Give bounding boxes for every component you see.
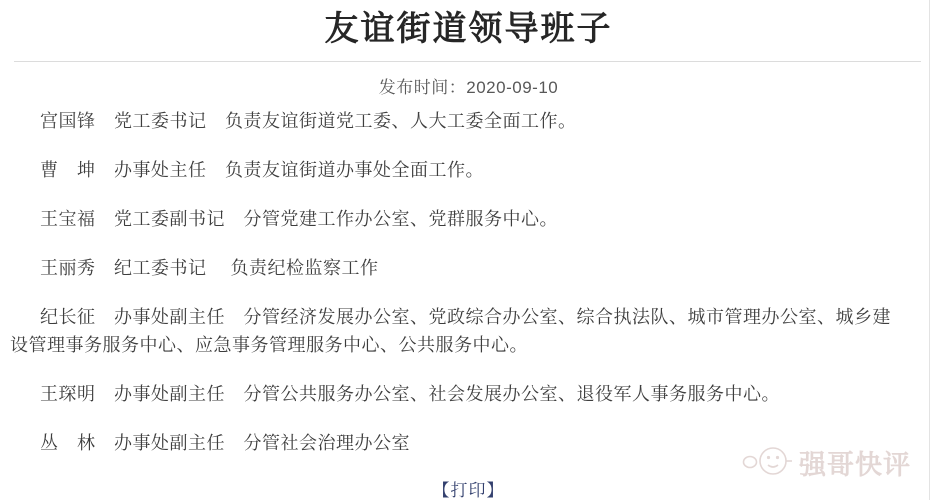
body-paragraph: 王丽秀 纪工委书记 负责纪检监察工作 — [10, 254, 907, 282]
print-button[interactable]: 【打印】 — [433, 476, 505, 500]
body-paragraph: 宫国锋 党工委书记 负责友谊街道党工委、人大工委全面工作。 — [10, 107, 907, 135]
body-paragraph: 丛 林 办事处副主任 分管社会治理办公室 — [10, 429, 907, 457]
page-edge-line — [929, 0, 930, 500]
print-row: 【打印】 — [0, 476, 937, 500]
notice-page: 友谊街道领导班子 发布时间：2020-09-10 宫国锋 党工委书记 负责友谊街… — [0, 0, 937, 500]
body-paragraph: 纪长征 办事处副主任 分管经济发展办公室、党政综合办公室、综合执法队、城市管理办… — [10, 303, 907, 359]
title-divider — [14, 61, 921, 62]
article-body: 宫国锋 党工委书记 负责友谊街道党工委、人大工委全面工作。曹 坤 办事处主任 负… — [0, 98, 937, 457]
publish-time: 发布时间：2020-09-10 — [0, 73, 937, 98]
body-paragraph: 王宝福 党工委副书记 分管党建工作办公室、党群服务中心。 — [10, 205, 907, 233]
body-paragraph: 曹 坤 办事处主任 负责友谊街道办事处全面工作。 — [10, 156, 907, 184]
page-title: 友谊街道领导班子 — [0, 6, 937, 52]
body-paragraph: 王琛明 办事处副主任 分管公共服务办公室、社会发展办公室、退役军人事务服务中心。 — [10, 380, 907, 408]
